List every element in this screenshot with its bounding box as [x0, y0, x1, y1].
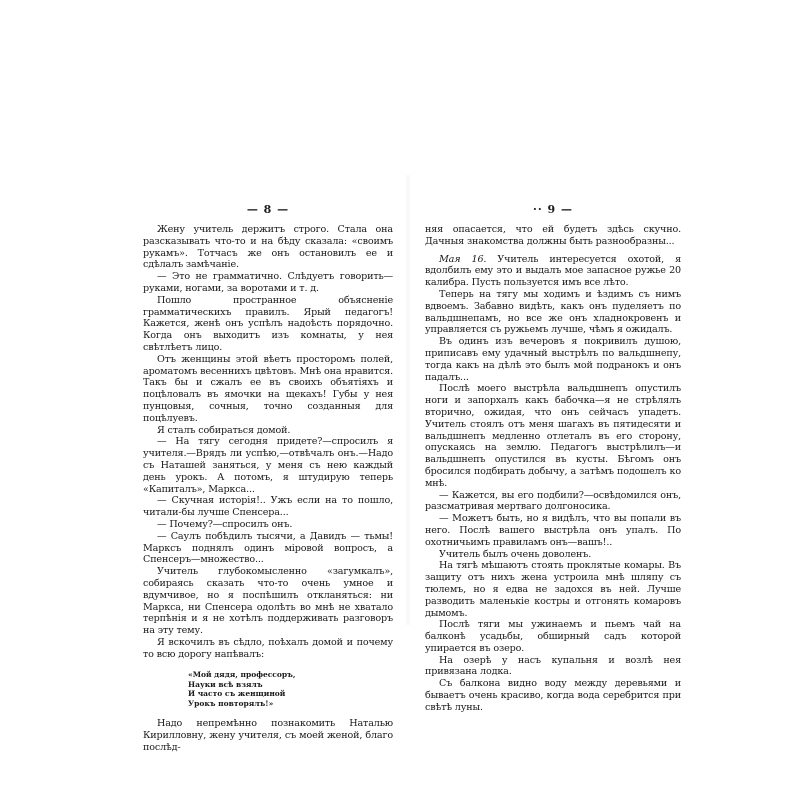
book-gutter	[405, 175, 411, 625]
paragraph: На озерѣ у насъ купальня и возлѣ нея при…	[425, 655, 681, 679]
paragraph: — Можетъ быть, но я видѣлъ, что вы попал…	[425, 513, 681, 548]
paragraph: Я сталъ собираться домой.	[143, 425, 393, 437]
paragraph: — Скучная исторія!.. Ужъ если на то пошл…	[143, 495, 393, 519]
closing-paragraph: Надо непремѣнно познакомить Наталью Кири…	[143, 718, 393, 753]
paragraph: — На тягу сегодня придете?—спросилъ я уч…	[143, 436, 393, 495]
page-number-left: — 8 —	[143, 202, 393, 218]
paragraph: — Это не грамматично. Слѣдуетъ говорить—…	[143, 271, 393, 295]
paragraph: Пошло пространное объясненіе грамматичес…	[143, 295, 393, 354]
paragraph: Отъ женщины этой вѣетъ просторомъ полей,…	[143, 354, 393, 425]
paragraph: Учитель глубокомысленно «загумкалъ», соб…	[143, 566, 393, 637]
left-page: — 8 — Жену учитель держитъ строго. Стала…	[143, 202, 393, 754]
poem-line: «Мой дядя, профессоръ,	[188, 670, 393, 680]
paragraph: — Кажется, вы его подбили?—освѣдомился о…	[425, 490, 681, 514]
paragraph: Я вскочилъ въ сѣдло, поѣхалъ домой и поч…	[143, 637, 393, 661]
paragraph: Теперь на тягу мы ходимъ и ѣздимъ съ ним…	[425, 289, 681, 336]
paragraph: Послѣ моего выстрѣла вальдшнепъ опустилъ…	[425, 383, 681, 489]
diary-entry-paragraph: Мая 16. Учитель интересуется охотой, я в…	[425, 254, 681, 289]
paragraph: Въ одинъ изъ вечеровъ я покривилъ душою,…	[425, 336, 681, 383]
poem-line: И часто съ женщиной	[188, 689, 393, 699]
entry-date: Мая 16.	[439, 254, 486, 265]
paragraph: Жену учитель держитъ строго. Стала она р…	[143, 224, 393, 271]
paragraph: На тягѣ мѣшаютъ стоять проклятые комары.…	[425, 560, 681, 619]
paragraph: — Почему?—спросилъ онъ.	[143, 519, 393, 531]
paragraph: Съ балкона видно воду между деревьями и …	[425, 678, 681, 713]
poem-line: Науки всѣ взялъ	[188, 680, 393, 690]
poem-quote: «Мой дядя, профессоръ, Науки всѣ взялъ И…	[188, 670, 393, 708]
paragraph: — Саулъ побѣдилъ тысячи, а Давидъ — тьмы…	[143, 531, 393, 566]
continued-paragraph: няя опасается, что ей будетъ здѣсь скучн…	[425, 224, 681, 248]
poem-line: Урокъ повторялъ!»	[188, 699, 393, 709]
paragraph: Учитель былъ очень доволенъ.	[425, 549, 681, 561]
page-number-right: ·· 9 —	[425, 202, 681, 218]
right-page: ·· 9 — няя опасается, что ей будетъ здѣс…	[425, 202, 681, 714]
paragraph: Послѣ тяги мы ужинаемъ и пьемъ чай на ба…	[425, 619, 681, 654]
